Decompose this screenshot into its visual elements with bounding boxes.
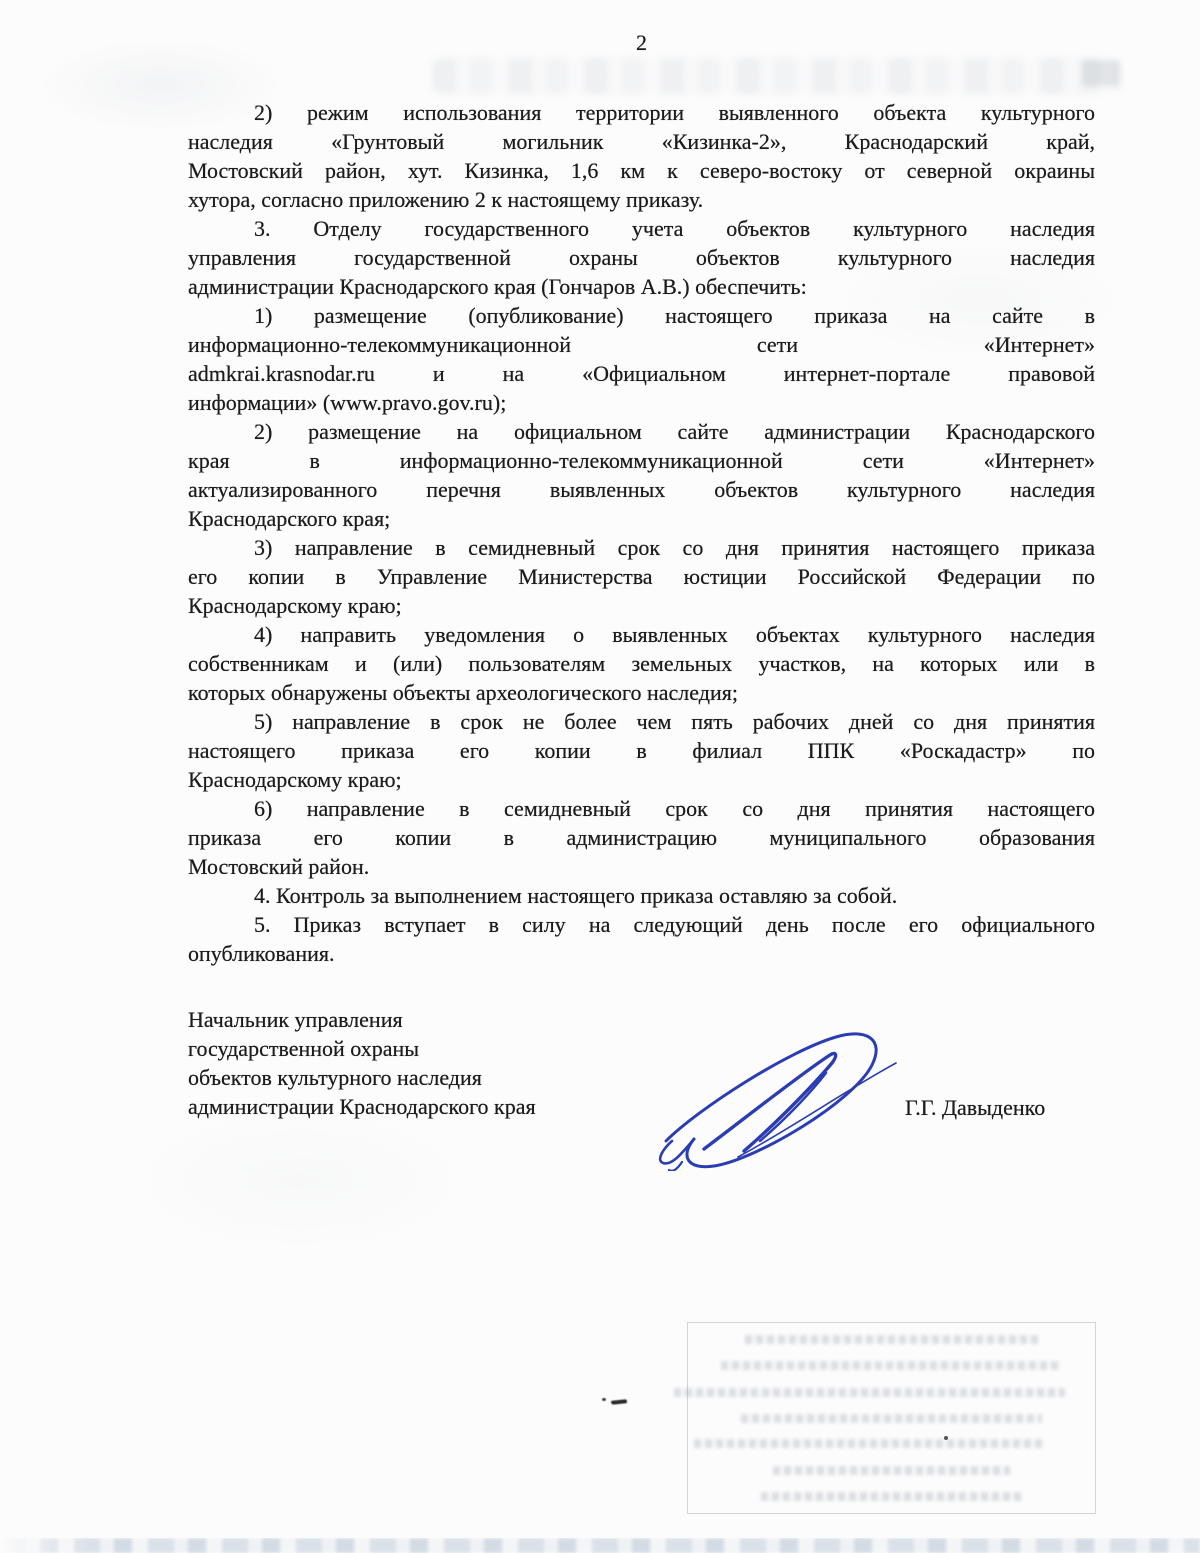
bleedthrough-top-blob-artifact (1082, 60, 1120, 86)
text-line: Краснодарскому краю; (188, 765, 1095, 794)
text-line: 4) направить уведомления о выявленных об… (188, 620, 1095, 649)
ink-dot-artifact (944, 1436, 948, 1440)
text-line: собственникам и (или) пользователям земе… (188, 649, 1095, 678)
paragraph: 5. Приказ вступает в силу на следующий д… (188, 910, 1095, 968)
text-line: хутора, согласно приложению 2 к настояще… (188, 185, 1095, 214)
ghost-text-line (761, 1492, 1021, 1501)
ghost-text-line (721, 1361, 1063, 1370)
paragraph: 3) направление в семидневный срок со дня… (188, 533, 1095, 620)
paragraph: 1) размещение (опубликование) настоящего… (188, 301, 1095, 417)
ink-speck-artifact (598, 1394, 632, 1408)
text-line: опубликования. (188, 939, 1095, 968)
paragraph: 2) размещение на официальном сайте админ… (188, 417, 1095, 533)
text-line: настоящего приказа его копии в филиал ПП… (188, 736, 1095, 765)
paragraph: 4) направить уведомления о выявленных об… (188, 620, 1095, 707)
paragraph: 6) направление в семидневный срок со дня… (188, 794, 1095, 881)
text-line: Мостовский район, хут. Кизинка, 1,6 км к… (188, 156, 1095, 185)
ghost-text-line (694, 1439, 1044, 1448)
bleedthrough-bottom-artifact (0, 1538, 1200, 1553)
ghost-text-line (745, 1335, 1038, 1344)
text-line: управления государственной охраны объект… (188, 243, 1095, 272)
text-line: информационно-телекоммуникационной сети … (188, 330, 1095, 359)
signee-name: Г.Г. Давыденко (905, 1093, 1125, 1122)
document-body: 2) режим использования территории выявле… (188, 98, 1095, 968)
text-line: администрации Краснодарского края (Гонча… (188, 272, 1095, 301)
text-line: Мостовский район. (188, 852, 1095, 881)
paragraph: 4. Контроль за выполнением настоящего пр… (188, 881, 1095, 910)
text-line: информации» (www.pravo.gov.ru); (188, 388, 1095, 417)
text-line: его копии в Управление Министерства юсти… (188, 562, 1095, 591)
handwritten-signature-ink (640, 1023, 905, 1171)
text-line: Краснодарскому краю; (188, 591, 1095, 620)
text-line: 3. Отделу государственного учета объекто… (188, 214, 1095, 243)
text-line: 1) размещение (опубликование) настоящего… (188, 301, 1095, 330)
paragraph: 3. Отделу государственного учета объекто… (188, 214, 1095, 301)
page-number: 2 (188, 28, 1095, 57)
text-line: Краснодарского края; (188, 504, 1095, 533)
text-line: 5) направление в срок не более чем пять … (188, 707, 1095, 736)
text-line: наследия «Грунтовый могильник «Кизинка-2… (188, 127, 1095, 156)
text-line: 2) режим использования территории выявле… (188, 98, 1095, 127)
ghost-text-line (674, 1388, 1065, 1397)
ink-dash-artifact (611, 1399, 627, 1405)
signature-block: Начальник управления государственной охр… (188, 1005, 1095, 1175)
text-line: 2) размещение на официальном сайте админ… (188, 417, 1095, 446)
bleedthrough-top-artifact (432, 58, 1120, 94)
text-line: admkrai.krasnodar.ru и на «Официальном и… (188, 359, 1095, 388)
paragraph: 2) режим использования территории выявле… (188, 98, 1095, 214)
ghost-stamp-bleedthrough-artifact (687, 1322, 1096, 1514)
ghost-text-line (773, 1466, 1009, 1475)
text-line: приказа его копии в администрацию муници… (188, 823, 1095, 852)
text-line: 5. Приказ вступает в силу на следующий д… (188, 910, 1095, 939)
text-line: которых обнаружены объекты археологическ… (188, 678, 1095, 707)
text-line: актуализированного перечня выявленных об… (188, 475, 1095, 504)
text-line: 4. Контроль за выполнением настоящего пр… (188, 881, 1095, 910)
ink-dot-artifact (602, 1398, 606, 1401)
text-line: края в информационно-телекоммуникационно… (188, 446, 1095, 475)
scanned-document-page: 2 2) режим использования территории выяв… (0, 0, 1200, 1553)
text-line: 6) направление в семидневный срок со дня… (188, 794, 1095, 823)
ghost-text-line (741, 1414, 1042, 1423)
paragraph: 5) направление в срок не более чем пять … (188, 707, 1095, 794)
text-line: 3) направление в семидневный срок со дня… (188, 533, 1095, 562)
